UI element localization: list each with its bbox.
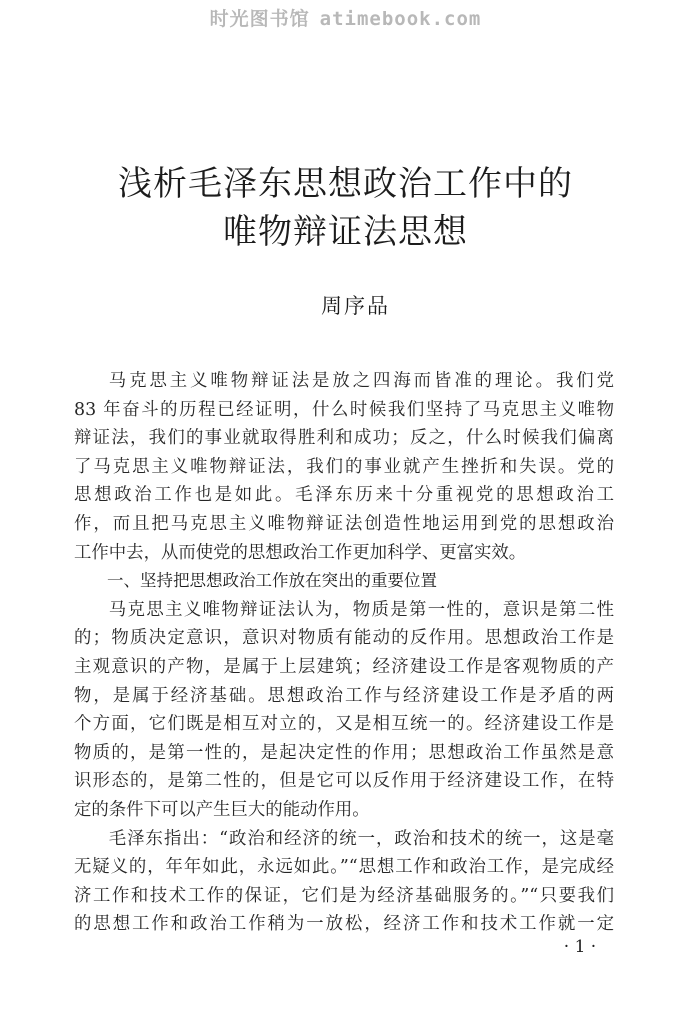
paragraph-section-2: 毛泽东指出：“政治和经济的统一，政治和技术的统一，这是毫 — [74, 825, 614, 854]
article-title-line: 唯物辩证法思想 — [0, 208, 691, 256]
text-line: 了马克思主义唯物辩证法，我们的事业就产生挫折和失误。党的 — [74, 453, 614, 482]
watermark-url: atimebook.com — [320, 8, 482, 30]
text-line: 物质的，是第一性的，是起决定性的作用；思想政治工作虽然是意 — [74, 739, 614, 768]
watermark-site-name: 时光图书馆 — [210, 8, 310, 30]
page-number: · 1 · — [550, 937, 610, 957]
paragraph-section-2-cont: 无疑义的，年年如此，永远如此。”“思想工作和政治工作，是完成经 济工作和技术工作… — [74, 853, 614, 939]
text-line: 定的条件下可以产生巨大的能动作用。 — [74, 796, 614, 825]
text-line: 作，而且把马克思主义唯物辩证法创造性地运用到党的思想政治 — [74, 510, 614, 539]
text-line: 个方面，它们既是相互对立的，又是相互统一的。经济建设工作是 — [74, 710, 614, 739]
article-author: 周序品 — [0, 290, 691, 320]
text-line: 马克思主义唯物辩证法认为，物质是第一性的，意识是第二性 — [74, 596, 614, 625]
article-title: 浅析毛泽东思想政治工作中的 唯物辩证法思想 — [0, 160, 691, 256]
text-line: 物，是属于经济基础。思想政治工作与经济建设工作是矛盾的两 — [74, 682, 614, 711]
text-line: 主观意识的产物，是属于上层建筑；经济建设工作是客观物质的产 — [74, 653, 614, 682]
text-line: 83 年奋斗的历程已经证明，什么时候我们坚持了马克思主义唯物 — [74, 396, 614, 425]
section-heading: 一、坚持把思想政治工作放在突出的重要位置 — [74, 567, 614, 596]
text-line: 的；物质决定意识，意识对物质有能动的反作用。思想政治工作是 — [74, 624, 614, 653]
text-line: 辩证法，我们的事业就取得胜利和成功；反之，什么时候我们偏离 — [74, 424, 614, 453]
article-title-line: 浅析毛泽东思想政治工作中的 — [0, 160, 691, 208]
text-line: 工作中去，从而使党的思想政治工作更加科学、更富实效。 — [74, 539, 614, 568]
text-line: 思想政治工作也是如此。毛泽东历来十分重视党的思想政治工 — [74, 481, 614, 510]
text-line: 识形态的，是第二性的，但是它可以反作用于经济建设工作，在特 — [74, 767, 614, 796]
text-line: 无疑义的，年年如此，永远如此。”“思想工作和政治工作，是完成经 — [74, 853, 614, 882]
paragraph-section-1-cont: 的；物质决定意识，意识对物质有能动的反作用。思想政治工作是 主观意识的产物，是属… — [74, 624, 614, 824]
article-body: 马克思主义唯物辩证法是放之四海而皆准的理论。我们党 83 年奋斗的历程已经证明，… — [74, 367, 614, 939]
watermark: 时光图书馆atimebook.com — [0, 4, 691, 31]
paragraph-section-1: 马克思主义唯物辩证法认为，物质是第一性的，意识是第二性 — [74, 596, 614, 625]
text-line: 马克思主义唯物辩证法是放之四海而皆准的理论。我们党 — [74, 367, 614, 396]
text-line: 济工作和技术工作的保证，它们是为经济基础服务的。”“只要我们 — [74, 882, 614, 911]
text-line: 毛泽东指出：“政治和经济的统一，政治和技术的统一，这是毫 — [74, 825, 614, 854]
paragraph-intro: 马克思主义唯物辩证法是放之四海而皆准的理论。我们党 — [74, 367, 614, 396]
paragraph-intro-cont: 83 年奋斗的历程已经证明，什么时候我们坚持了马克思主义唯物 辩证法，我们的事业… — [74, 396, 614, 568]
text-line: 的思想工作和政治工作稍为一放松，经济工作和技术工作就一定 — [74, 910, 614, 939]
